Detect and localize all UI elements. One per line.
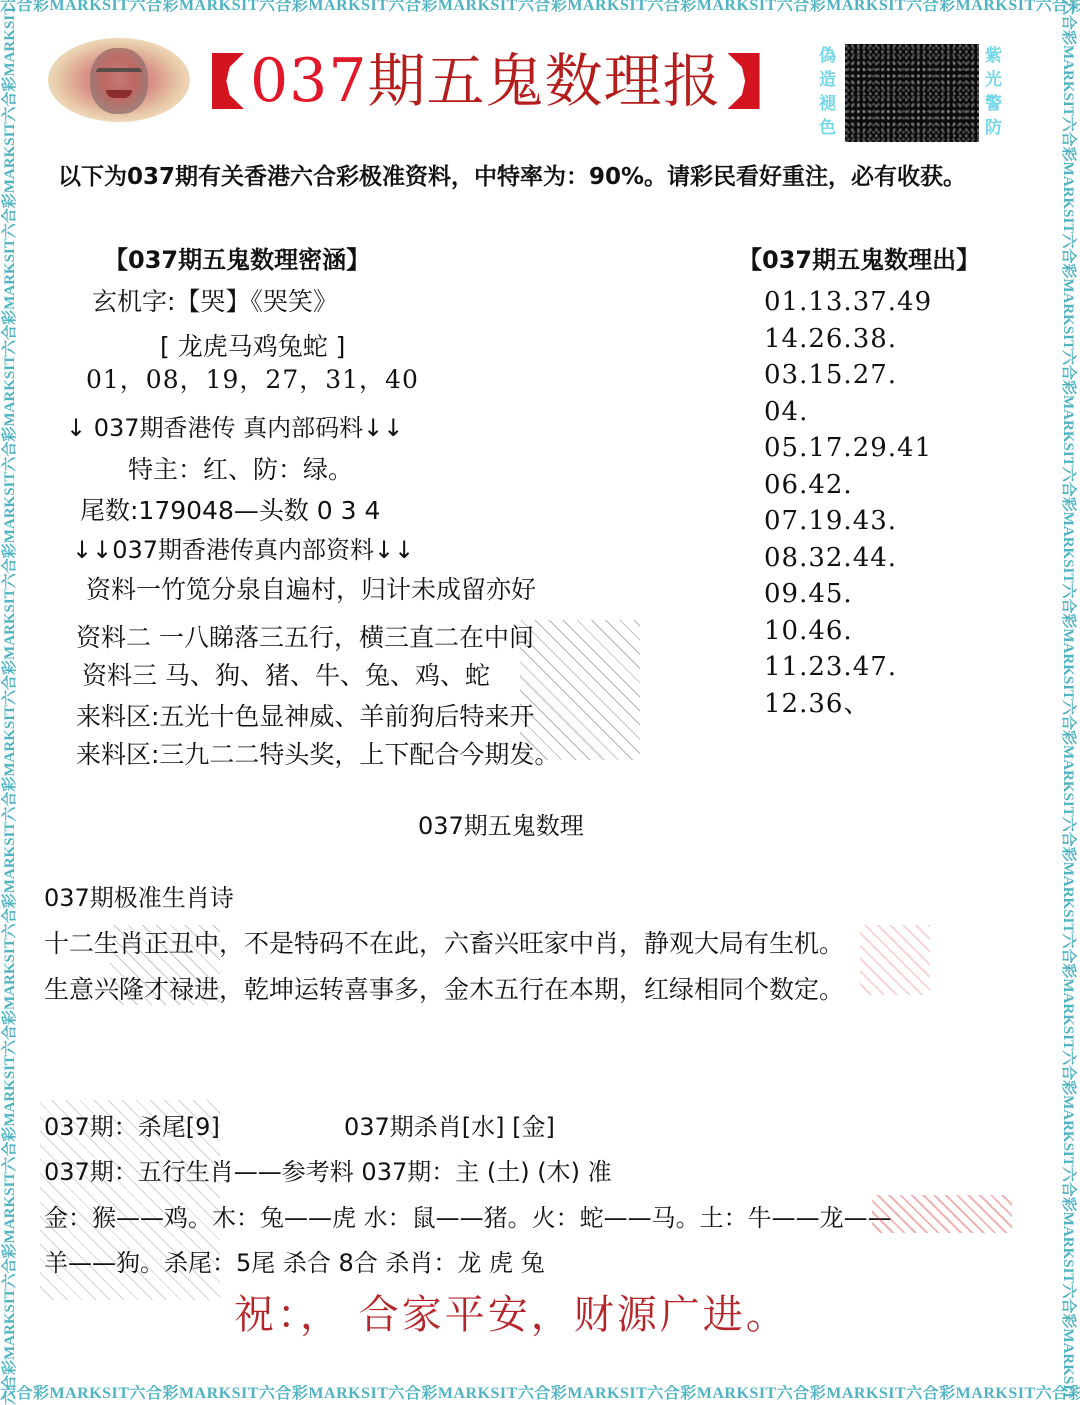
number-groups-list: 01.13.37.49 14.26.38. 03.15.27. 04. 05.1… bbox=[764, 284, 932, 722]
number-group-row: 12.36、 bbox=[764, 686, 932, 723]
wuxing-line: 037期：五行生肖——参考料 037期：主 (土) (木) 准 bbox=[44, 1152, 612, 1187]
number-group-row: 10.46. bbox=[764, 613, 932, 650]
number-group-row: 03.15.27. bbox=[764, 357, 932, 394]
stamp-left-label: 偽造褪色 bbox=[819, 44, 841, 140]
elements-line-2: 羊——狗。杀尾：5尾 杀合 8合 杀肖：龙 虎 兔 bbox=[44, 1243, 545, 1278]
red-overlay-mark bbox=[860, 925, 930, 995]
title-bracket-right-icon bbox=[728, 53, 760, 109]
poem-line-1: 十二生肖正丑中，不是特码不在此，六畜兴旺家中肖，静观大局有生机。 bbox=[44, 924, 844, 960]
number-group-row: 06.42. bbox=[764, 467, 932, 504]
watermark-right-text: 六合彩MARKSIT六合彩MARKSIT六合彩MARKSIT六合彩MARKSIT… bbox=[1059, 0, 1077, 1400]
poem-title: 037期极准生肖诗 bbox=[44, 878, 234, 913]
anti-counterfeit-stamp: 偽造褪色 紫光警防 bbox=[815, 40, 1015, 145]
tail-head-line: 尾数:179048—头数 0 3 4 bbox=[80, 491, 380, 527]
number-group-row: 04. bbox=[764, 394, 932, 431]
stamp-right-label: 紫光警防 bbox=[985, 44, 1007, 140]
data-line-3: 资料三 马、狗、猪、牛、兔、鸡、蛇 bbox=[82, 656, 490, 692]
number-group-row: 08.32.44. bbox=[764, 540, 932, 577]
kill-zodiac-line: 037期杀肖[水] [金] bbox=[344, 1107, 555, 1142]
zodiac-line: [ 龙虎马鸡兔蛇 ] bbox=[160, 327, 345, 363]
title-text: 期五鬼数理报 bbox=[368, 40, 722, 122]
data-line-4: 来料区:五光十色显神威、羊前狗后特来开 bbox=[76, 697, 534, 733]
kill-tail-line: 037期：杀尾[9] bbox=[44, 1107, 220, 1142]
insider-data-heading: ↓↓037期香港传真内部资料↓↓ bbox=[72, 530, 414, 565]
left-section-heading: 【037期五鬼数理密涵】 bbox=[104, 240, 370, 275]
insider-code-heading: ↓ 037期香港传 真内部码料↓↓ bbox=[66, 408, 403, 443]
title-issue-number: 037 bbox=[250, 40, 368, 122]
watermark-border-bottom: 六合彩MARKSIT六合彩MARKSIT六合彩MARKSIT六合彩MARKSIT… bbox=[0, 1385, 1080, 1403]
watermark-border-right: 六合彩MARKSIT六合彩MARKSIT六合彩MARKSIT六合彩MARKSIT… bbox=[1058, 0, 1078, 1405]
right-section-heading: 【037期五鬼数理出】 bbox=[738, 240, 980, 275]
watermark-border-left: 六合彩MARKSIT六合彩MARKSIT六合彩MARKSIT六合彩MARKSIT… bbox=[0, 0, 20, 1405]
watermark-border-top: 六合彩MARKSIT六合彩MARKSIT六合彩MARKSIT六合彩MARKSIT… bbox=[0, 0, 1080, 15]
data-line-5: 来料区:三九二二特头奖，上下配合今期发。 bbox=[76, 735, 559, 771]
number-group-row: 05.17.29.41 bbox=[764, 430, 932, 467]
number-group-row: 07.19.43. bbox=[764, 503, 932, 540]
number-group-row: 11.23.47. bbox=[764, 649, 932, 686]
elements-line-1: 金：猴——鸡。木：兔——虎 水：鼠——猪。火：蛇——马。土：牛——龙—— bbox=[44, 1198, 892, 1233]
watermark-left-text: 六合彩MARKSIT六合彩MARKSIT六合彩MARKSIT六合彩MARKSIT… bbox=[1, 5, 19, 1405]
title-bracket-left-icon bbox=[212, 53, 244, 109]
intro-paragraph: 以下为037期有关香港六合彩极准资料，中特率为：90%。请彩民看好重注，必有收获… bbox=[58, 160, 1048, 194]
portrait-glasses bbox=[96, 68, 142, 82]
data-line-2: 资料二 一八睇落三五行，横三直二在中间 bbox=[76, 618, 534, 654]
numbers-line: 01，08，19，27，31，40 bbox=[86, 360, 419, 396]
red-strike-overlay bbox=[872, 1195, 1012, 1233]
number-group-row: 09.45. bbox=[764, 576, 932, 613]
color-tip-line: 特主：红、防：绿。 bbox=[128, 450, 353, 486]
portrait-image bbox=[48, 38, 190, 122]
center-heading: 037期五鬼数理 bbox=[418, 806, 584, 841]
security-code-image bbox=[845, 44, 979, 142]
data-line-1: 资料一竹笕分泉自遍村，归计未成留亦好 bbox=[86, 570, 536, 606]
riddle-line: 玄机字:【哭】《哭笑》 bbox=[92, 282, 338, 318]
poem-line-2: 生意兴隆才禄进，乾坤运转喜事多，金木五行在本期，红绿相同个数定。 bbox=[44, 970, 844, 1006]
portrait-mouth bbox=[106, 90, 132, 98]
blessing-line: 祝：， 合家平安，财源广进。 bbox=[234, 1283, 789, 1340]
number-group-row: 01.13.37.49 bbox=[764, 284, 932, 321]
number-group-row: 14.26.38. bbox=[764, 321, 932, 358]
page-title: 037 期五鬼数理报 bbox=[212, 40, 792, 122]
